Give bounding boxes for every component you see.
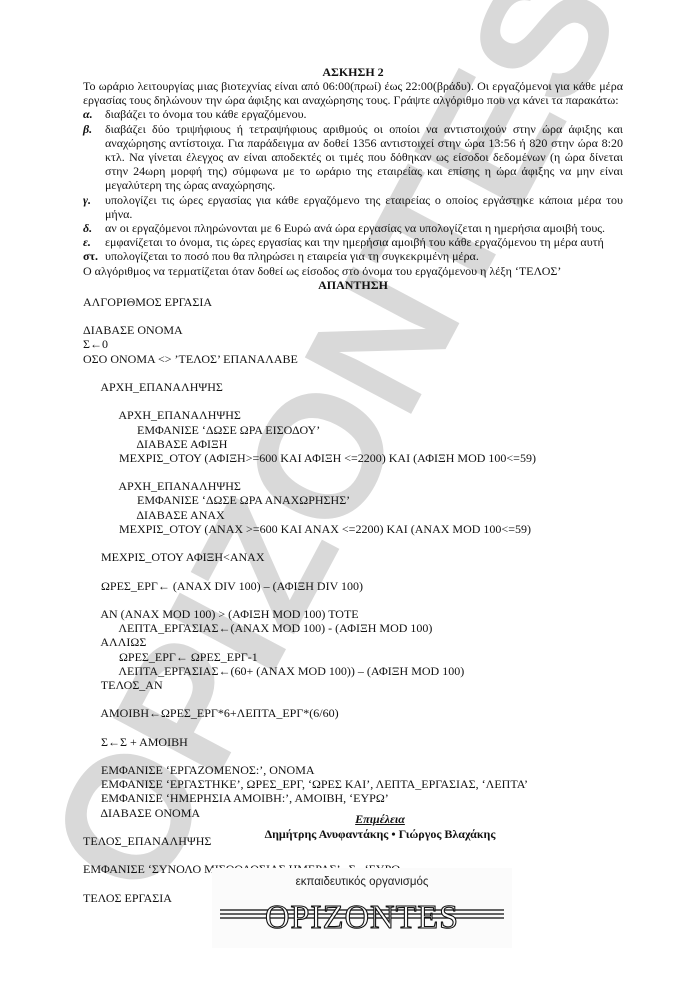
code-line: ΜΕΧΡΙΣ_ΟΤΟΥ (ΑΝΑΧ >=600 ΚΑΙ ΑΝΑΧ <=2200)… [83,522,623,536]
credits-authors: Δημήτρης Ανυφαντάκης • Γιώργος Βλαχάκης [60,827,700,842]
task-marker: δ. [83,221,105,235]
code-line: ΑΡΧΗ_ΕΠΑΝΑΛΗΨΗΣ [83,408,623,422]
task-marker: στ. [83,249,105,263]
task-marker: β. [83,122,105,193]
blank-line [83,593,623,607]
blank-line [83,366,623,380]
code-line: ΔΙΑΒΑΣΕ ΟΝΟΜΑ [83,323,623,337]
task-item: δ.αν οι εργαζόμενοι πληρώνονται με 6 Ευρ… [83,221,623,235]
logo-subtitle: εκπαιδευτικός οργανισμός [212,876,512,888]
code-line: ΜΕΧΡΙΣ_ΟΤΟΥ ΑΦΙΞΗ<ΑΝΑΧ [83,550,623,564]
logo-wordmark: OPIZONTES [212,890,512,940]
task-item: α.διαβάζει το όνομα του κάθε εργαζόμενου… [83,107,623,121]
organization-logo: εκπαιδευτικός οργανισμός OPIZONTES [212,868,512,948]
credits: Επιμέλεια Δημήτρης Ανυφαντάκης • Γιώργος… [0,812,700,842]
code-line: ΕΜΦΑΝΙΣΕ ‘ΔΩΣΕ ΩΡΑ ΑΝΑΧΩΡΗΣΗΣ’ [83,493,623,507]
task-text: υπολογίζεται το ποσό που θα πληρώσει η ε… [105,249,623,263]
logo-name: OPIZONTES [265,899,459,936]
task-text: εμφανίζεται το όνομα, τις ώρες εργασίας … [105,235,623,249]
task-item: στ.υπολογίζεται το ποσό που θα πληρώσει … [83,249,623,263]
code-line: ΑΡΧΗ_ΕΠΑΝΑΛΗΨΗΣ [83,380,623,394]
code-line: ΕΜΦΑΝΙΣΕ ‘ΕΡΓΑΣΤΗΚΕ’, ΩΡΕΣ_ΕΡΓ, ‘ΩΡΕΣ ΚΑ… [83,777,623,791]
blank-line [83,536,623,550]
code-line: ΩΡΕΣ_ΕΡΓ← ΩΡΕΣ_ΕΡΓ-1 [83,650,623,664]
credits-heading: Επιμέλεια [60,812,700,827]
blank-line [83,564,623,578]
task-item: β.διαβάζει δύο τριψήφιους ή τετραψήφιους… [83,122,623,193]
code-line: ΛΕΠΤΑ_ΕΡΓΑΣΙΑΣ←(ΑΝΑΧ MOD 100) - (ΑΦΙΞΗ M… [83,621,623,635]
code-line: ΑΛΓΟΡΙΘΜΟΣ ΕΡΓΑΣΙΑ [83,295,623,309]
code-line: ΛΕΠΤΑ_ΕΡΓΑΣΙΑΣ←(60+ (ΑΝΑΧ MOD 100)) – (Α… [83,664,623,678]
blank-line [83,720,623,734]
task-text: διαβάζει το όνομα του κάθε εργαζόμενου. [105,107,623,121]
exercise-closing: Ο αλγόριθμος να τερματίζεται όταν δοθεί … [83,264,623,278]
code-line: ΕΜΦΑΝΙΣΕ ‘ΕΡΓΑΖΟΜΕΝΟΣ:’, ΟΝΟΜΑ [83,763,623,777]
exercise-intro: Το ωράριο λειτουργίας μιας βιοτεχνίας εί… [83,79,623,107]
code-line: ΤΕΛΟΣ_ΑΝ [83,678,623,692]
code-line: ΜΕΧΡΙΣ_ΟΤΟΥ (ΑΦΙΞΗ>=600 ΚΑΙ ΑΦΙΞΗ <=2200… [83,451,623,465]
blank-line [83,394,623,408]
code-line: Σ←0 [83,337,623,351]
code-line: Σ←Σ + ΑΜΟΙΒΗ [83,735,623,749]
task-text: υπολογίζει τις ώρες εργασίας για κάθε ερ… [105,193,623,221]
code-line: ΟΣΟ ΟΝΟΜΑ <> ’ΤΕΛΟΣ’ ΕΠΑΝΑΛΑΒΕ [83,352,623,366]
task-list: α.διαβάζει το όνομα του κάθε εργαζόμενου… [83,107,623,263]
blank-line [83,749,623,763]
code-line: ΩΡΕΣ_ΕΡΓ← (ΑΝΑΧ DIV 100) – (ΑΦΙΞΗ DIV 10… [83,579,623,593]
code-line: ΕΜΦΑΝΙΣΕ ‘ΗΜΕΡΗΣΙΑ ΑΜΟΙΒΗ:’, ΑΜΟΙΒΗ, ‘ΕΥ… [83,791,623,805]
code-line: ΑΡΧΗ_ΕΠΑΝΑΛΗΨΗΣ [83,479,623,493]
blank-line [83,692,623,706]
task-marker: α. [83,107,105,121]
task-text: αν οι εργαζόμενοι πληρώνονται με 6 Ευρώ … [105,221,623,235]
code-line: ΔΙΑΒΑΣΕ ΑΦΙΞΗ [83,437,623,451]
task-item: γ.υπολογίζει τις ώρες εργασίας για κάθε … [83,193,623,221]
code-line: ΔΙΑΒΑΣΕ ΑΝΑΧ [83,508,623,522]
task-item: ε.εμφανίζεται το όνομα, τις ώρες εργασία… [83,235,623,249]
blank-line [83,848,623,862]
code-line: ΑΝ (ΑΝΑΧ MOD 100) > (ΑΦΙΞΗ MOD 100) ΤΟΤΕ [83,607,623,621]
code-line: ΕΜΦΑΝΙΣΕ ‘ΔΩΣΕ ΩΡΑ ΕΙΣΟΔΟΥ’ [83,423,623,437]
blank-line [83,465,623,479]
code-line: ΑΛΛΙΩΣ [83,635,623,649]
blank-line [83,309,623,323]
task-marker: ε. [83,235,105,249]
document-page: ΑΣΚΗΣΗ 2 Το ωράριο λειτουργίας μιας βιοτ… [83,65,623,905]
answer-title: ΑΠΑΝΤΗΣΗ [83,278,623,292]
task-marker: γ. [83,193,105,221]
exercise-title: ΑΣΚΗΣΗ 2 [83,65,623,79]
code-line: ΑΜΟΙΒΗ←ΩΡΕΣ_ΕΡΓ*6+ΛΕΠΤΑ_ΕΡΓ*(6/60) [83,706,623,720]
task-text: διαβάζει δύο τριψήφιους ή τετραψήφιους α… [105,122,623,193]
